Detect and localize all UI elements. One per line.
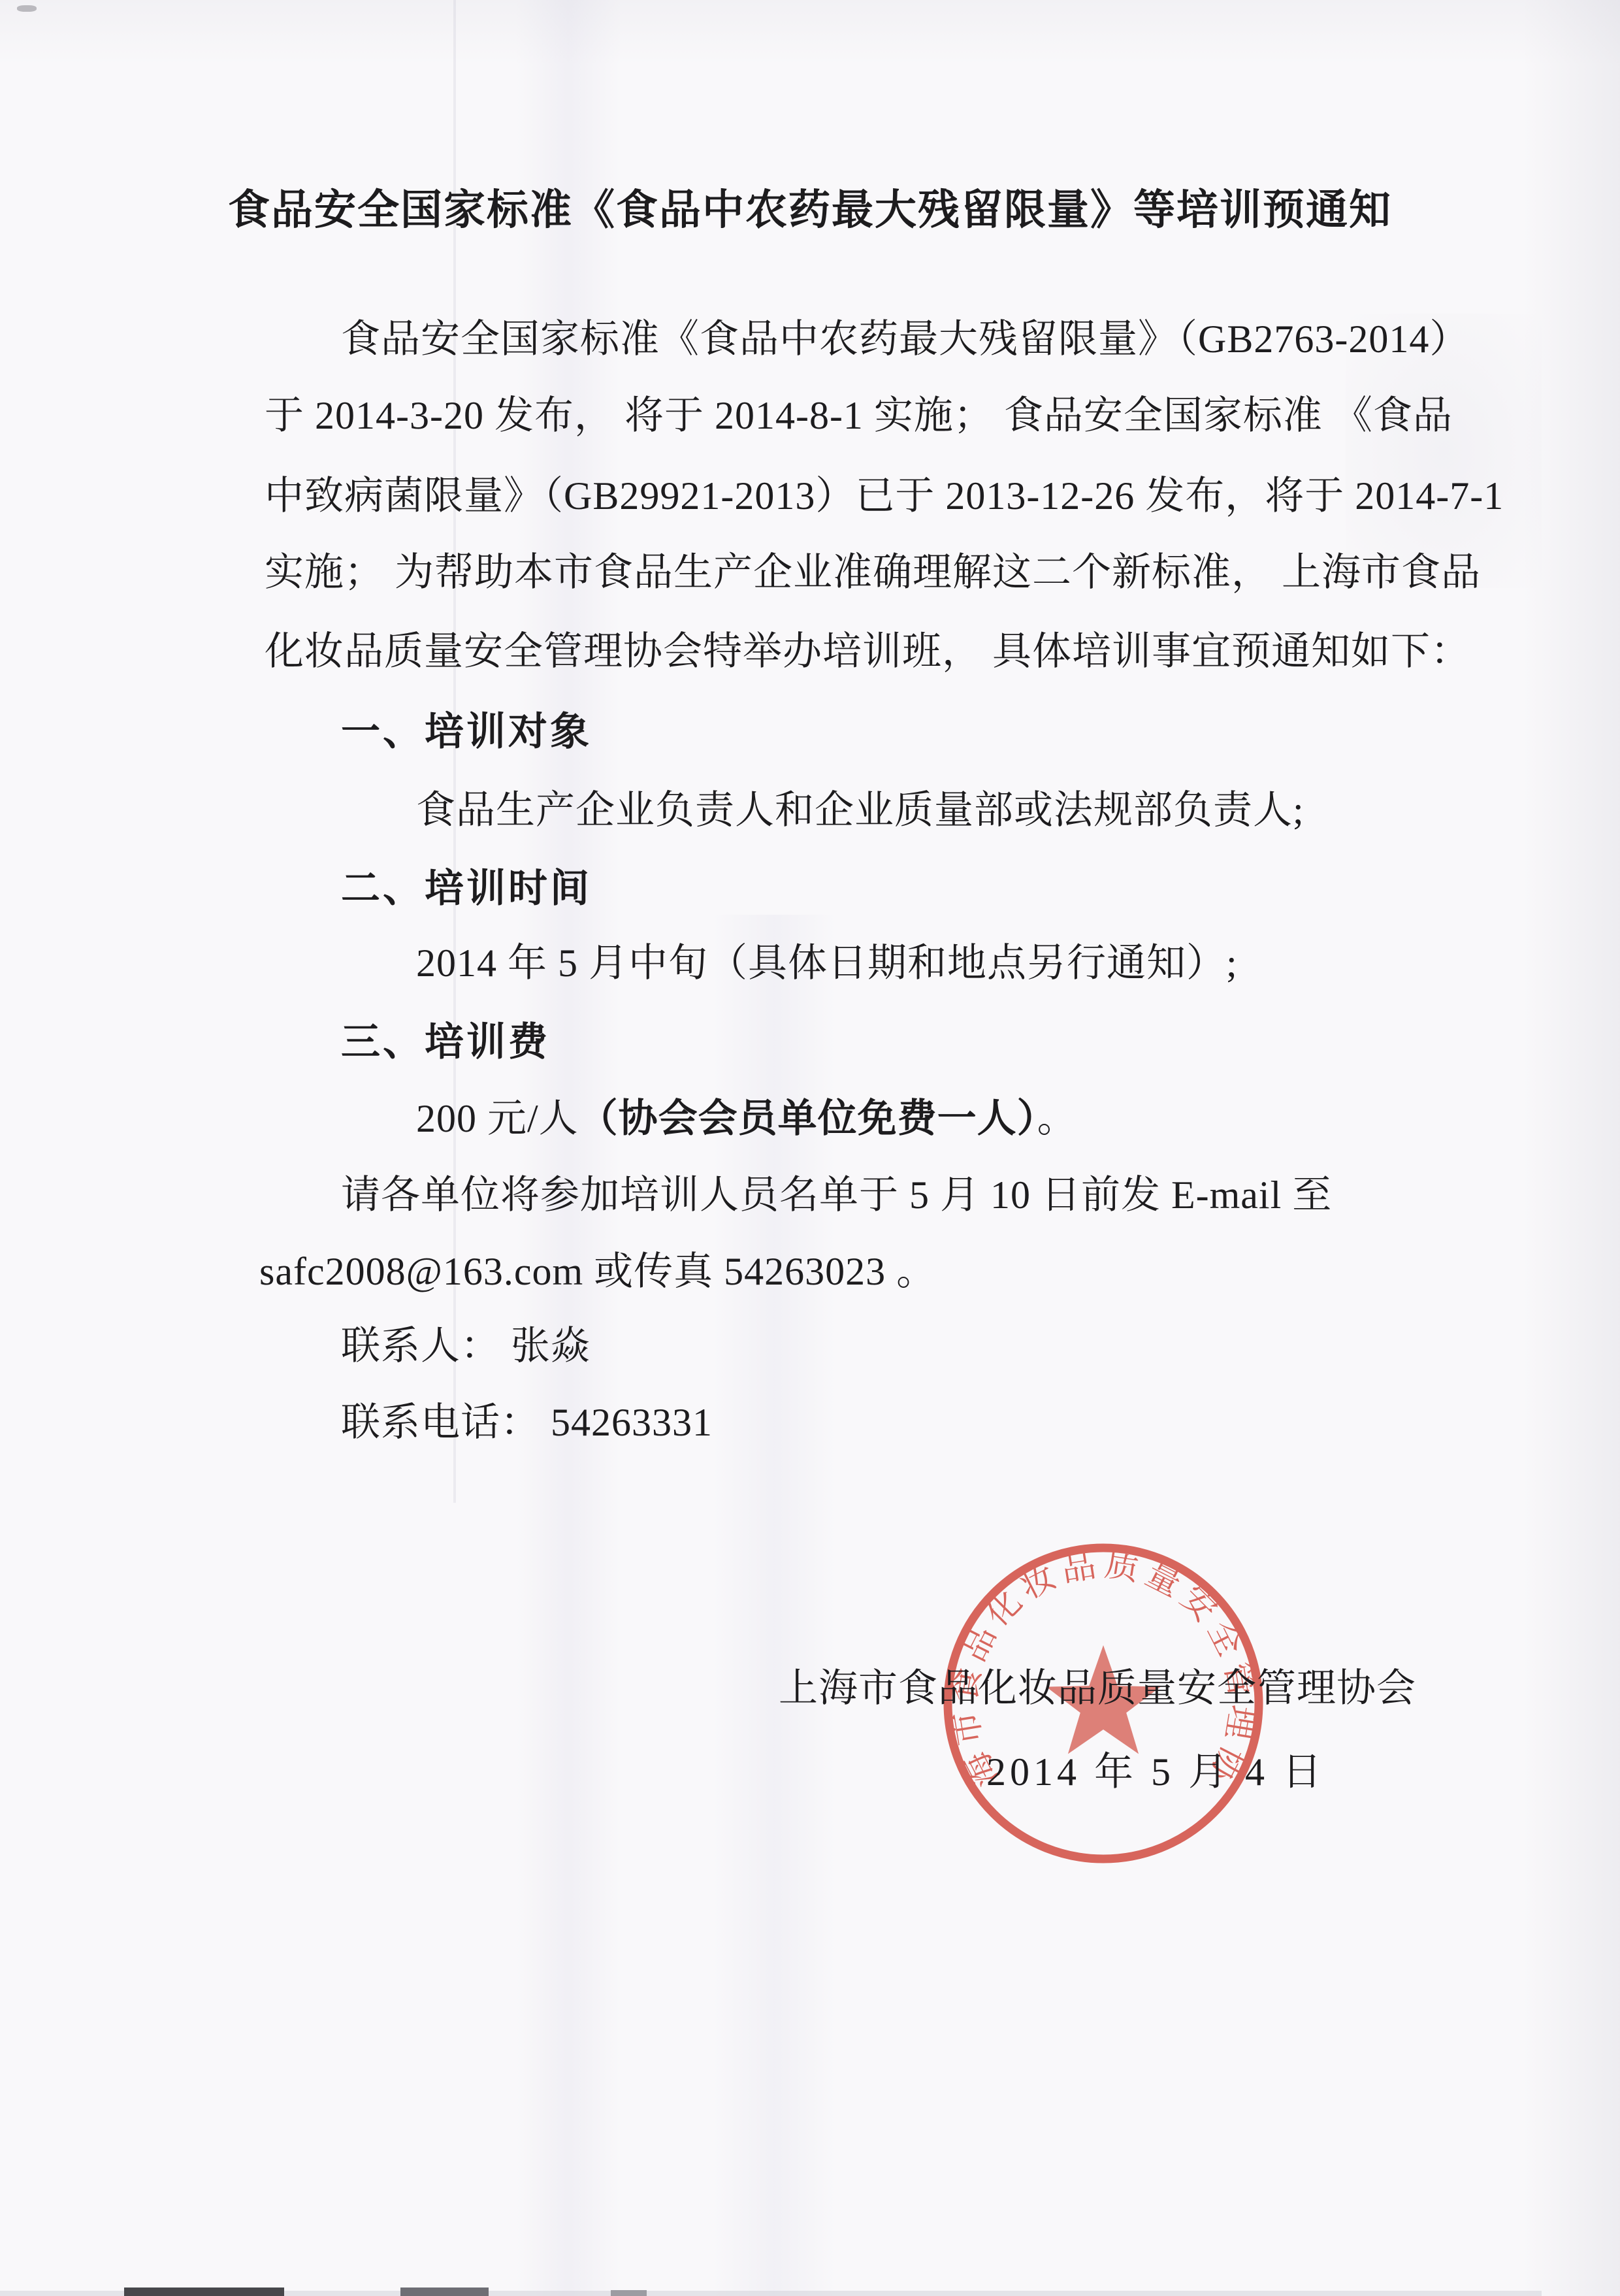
scan-shadow [1522,0,1620,2296]
contact-phone: 联系电话： 54263331 [341,1402,713,1443]
contact-person: 联系人： 张焱 [341,1325,591,1367]
scanned-notice-page: 上海市食品化妆品质量安全管理协会 食品安全国家标准《食品中农药最大残留限量》等培… [0,0,1620,2296]
scanner-edge [124,2288,284,2296]
page-title: 食品安全国家标准《食品中农药最大残留限量》等培训预通知 [0,188,1620,233]
paragraph1-line2: 于 2014-3-20 发布， 将于 2014-8-1 实施； 食品安全国家标准… [265,395,1453,436]
paragraph1-line4: 实施； 为帮助本市食品生产企业准确理解这二个新标准， 上海市食品 [265,551,1481,593]
section1-body: 食品生产企业负责人和企业质量部或法规部负责人; [416,789,1304,831]
fee-amount: 200 元/人 [416,1097,579,1140]
section3-heading: 三、培训费 [341,1021,550,1063]
fee-note-bold: （协会会员单位免费一人） [579,1097,1037,1140]
section1-heading: 一、培训对象 [341,711,592,753]
scanner-edge [400,2288,489,2296]
signature-organization: 上海市食品化妆品质量安全管理协会 [779,1668,1416,1709]
paragraph1-line1: 食品安全国家标准《食品中农药最大残留限量》（GB2763-2014） [341,318,1469,360]
scan-shadow [0,0,1620,65]
signature-date: 2014 年 5 月 4 日 [986,1752,1325,1792]
section2-heading: 二、培训时间 [341,868,592,910]
paragraph1-line3: 中致病菌限量》（GB29921-2013）已于 2013-12-26 发布，将于… [265,475,1504,517]
paragraph2-line2: safc2008@163.com 或传真 54263023 。 [259,1251,936,1292]
paragraph2-line1: 请各单位将参加培训人员名单于 5 月 10 日前发 E-mail 至 [341,1174,1332,1216]
scanner-edge [611,2290,647,2296]
scan-speck [17,5,37,12]
section2-body: 2014 年 5 月中旬（具体日期和地点另行通知）; [416,942,1238,984]
scanner-edge [0,2291,1542,2296]
paragraph1-line5: 化妆品质量安全管理协会特举办培训班， 具体培训事宜预通知如下： [265,631,1470,672]
section3-body: 200 元/人（协会会员单位免费一人）。 [416,1098,1077,1140]
fee-period: 。 [1037,1097,1077,1140]
